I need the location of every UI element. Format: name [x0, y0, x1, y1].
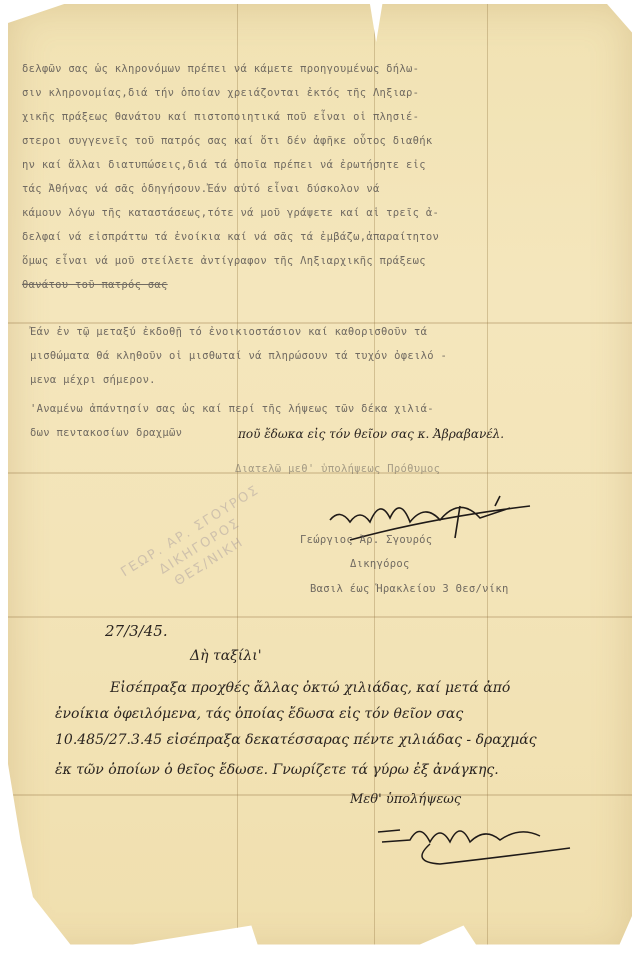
postscript-closing: Μεθ' ὑπολήψεως: [350, 792, 461, 807]
sender-title: Δικηγόρος: [350, 552, 410, 576]
typed-line: δελφαί νά εἰσπράττω τά ἐνοίκια καί νά σᾶ…: [22, 225, 602, 249]
typed-line: χικῆς πράξεως θανάτου καί πιστοποιητικά …: [22, 105, 602, 129]
sender-address: Βασιλ έως Ἡρακλείου 3 Θεσ/νίκη: [310, 577, 509, 601]
typed-paragraph-1: δελφῶν σας ὡς κληρονόμων πρέπει νά κάμετ…: [22, 57, 602, 297]
typed-line: δελφῶν σας ὡς κληρονόμων πρέπει νά κάμετ…: [22, 57, 602, 81]
typed-line: ην καί ἄλλαι διατυπώσεις,διά τά ὁποῖα πρ…: [22, 153, 602, 177]
typed-line: μισθώματα θά κληθοῦν οἱ μισθωταί νά πληρ…: [30, 344, 610, 368]
typed-paragraph-2: Ἐάν ἐν τῷ μεταξύ ἐκδοθῇ τό ἐνοικιοστάσιο…: [30, 320, 610, 392]
fold-line: [8, 794, 632, 796]
typed-line: σιν κληρονομίας,διά τήν ὁποίαν χρειάζοντ…: [22, 81, 602, 105]
postscript-line: ἐκ τῶν ὁποίων ὁ θεῖος ἔδωσε. Γνωρίζετε τ…: [55, 762, 499, 778]
typed-line: 'Αναμένω ἀπάντησίν σας ὡς καί περί τῆς λ…: [30, 397, 610, 421]
postscript-date: 27/3/45.: [105, 622, 168, 640]
typed-line: ὅμως εἶναι νά μοῦ στείλετε ἀντίγραφον τῆ…: [22, 249, 602, 273]
postscript-line: Εἰσέπραξα προχθές ἄλλας ὀκτώ χιλιάδας, κ…: [110, 680, 510, 696]
sender-name: Γεώργιος Ἀρ. Σγουρός: [300, 528, 432, 552]
handwritten-insert: ποῦ ἔδωκα εἰς τόν θεῖον σας κ. Ἀβραβανέλ…: [238, 427, 504, 441]
postscript-line-amount: 10.485/27.3.45 εἰσέπραξα δεκατέσσαρας πέ…: [55, 732, 537, 748]
typed-line: μενα μέχρι σήμερον.: [30, 368, 610, 392]
postscript-signature: [370, 812, 580, 872]
typed-line: Ἐάν ἐν τῷ μεταξύ ἐκδοθῇ τό ἐνοικιοστάσιο…: [30, 320, 610, 344]
typed-line-struck: θανάτου τοῦ πατρός σας: [22, 273, 602, 297]
fold-line: [8, 616, 632, 618]
postscript-salutation: Δὴ ταξίλι': [190, 648, 262, 664]
typed-line: κάμουν λόγω τῆς καταστάσεως,τότε νά μοῦ …: [22, 201, 602, 225]
typed-line: στεροι συγγενεῖς τοῦ πατρός σας καί ὅτι …: [22, 129, 602, 153]
postscript-line: ἐνοίκια ὀφειλόμενα, τάς ὁποίας ἔδωσα εἰς…: [55, 706, 463, 722]
typed-line: τάς Ἀθήνας νά σᾶς ὁδηγήσουν.Ἐάν αὐτό εἶν…: [22, 177, 602, 201]
